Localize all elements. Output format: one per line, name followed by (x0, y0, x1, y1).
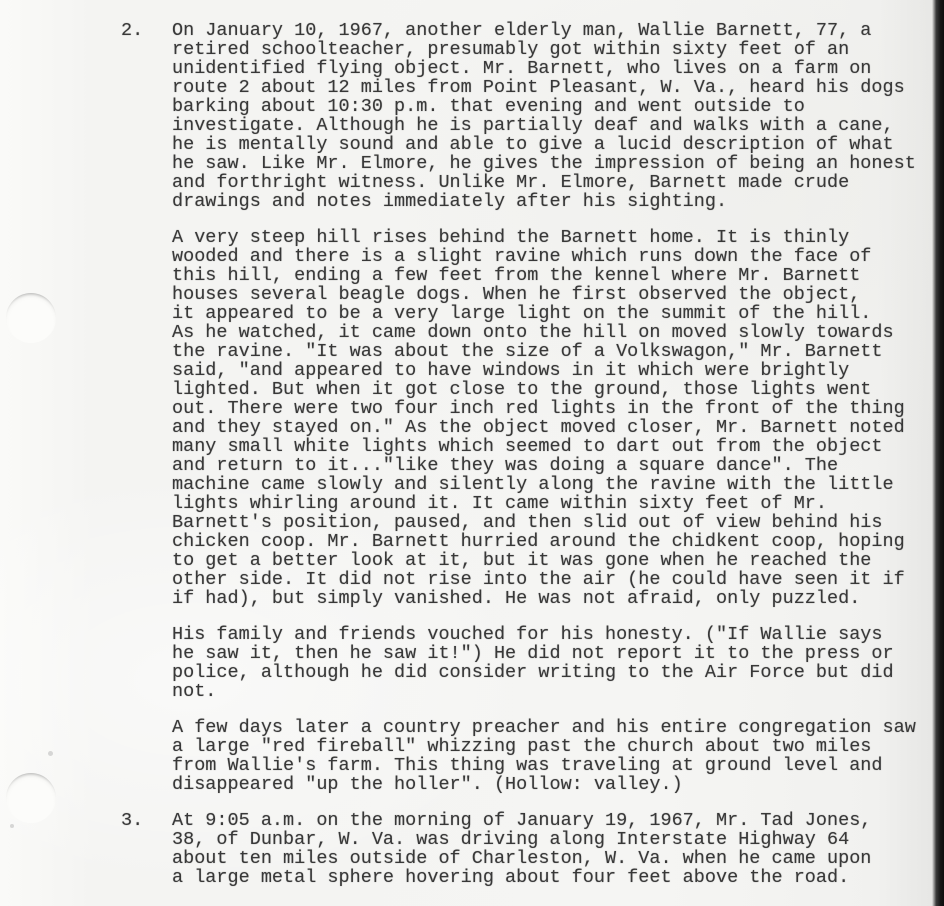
item-number: 3. (121, 811, 172, 830)
paragraph: At 9:05 a.m. on the morning of January 1… (172, 811, 944, 887)
paragraph: A very steep hill rises behind the Barne… (172, 228, 944, 608)
document-body: 2. On January 10, 1967, another elderly … (0, 0, 944, 887)
paragraph: On January 10, 1967, another elderly man… (172, 21, 944, 211)
scanned-document-page: 2. On January 10, 1967, another elderly … (0, 0, 944, 906)
scan-edge-shadow (932, 0, 944, 906)
numbered-item-2: 2. On January 10, 1967, another elderly … (121, 21, 944, 794)
paragraph: A few days later a country preacher and … (172, 718, 944, 794)
item-number: 2. (121, 21, 172, 40)
paragraph: His family and friends vouched for his h… (172, 625, 944, 701)
item-text: At 9:05 a.m. on the morning of January 1… (172, 811, 944, 887)
item-text: On January 10, 1967, another elderly man… (172, 21, 944, 794)
numbered-item-3: 3. At 9:05 a.m. on the morning of Januar… (121, 811, 944, 887)
